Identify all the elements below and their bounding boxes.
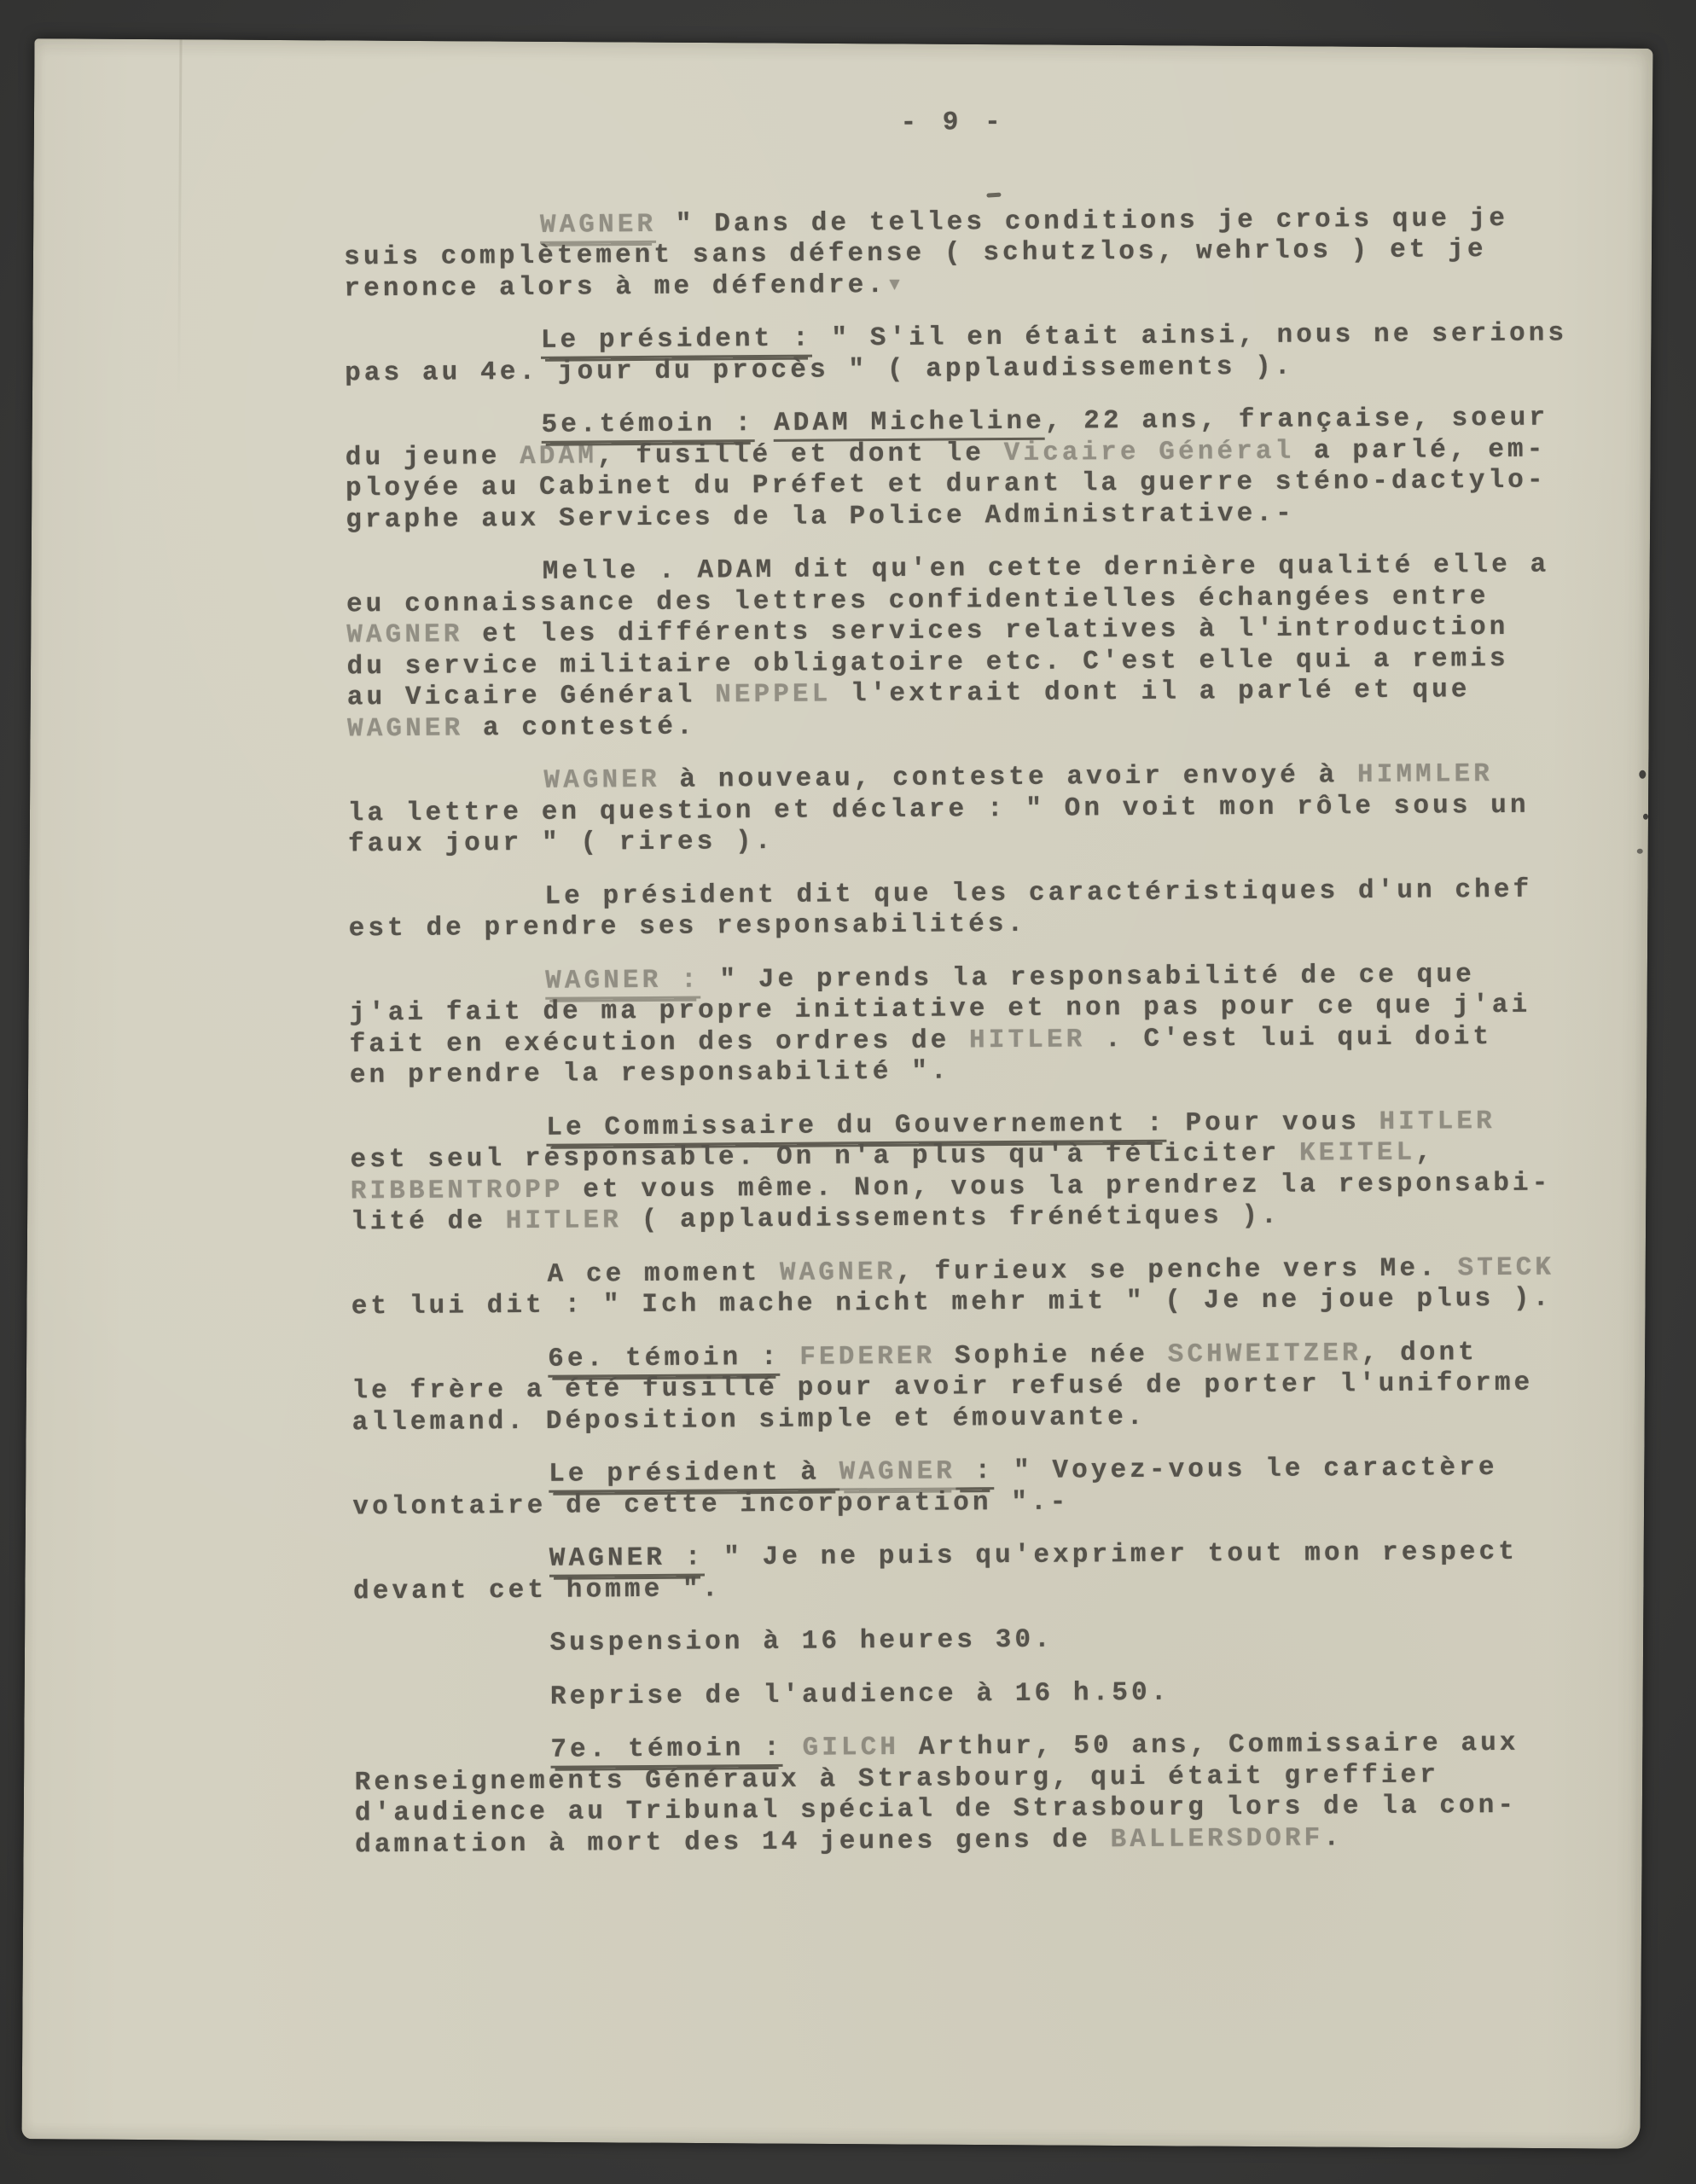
text-segment: , 22 ans, française, soeur [1045, 404, 1549, 437]
document-page: - 9 - WAGNER " Dans de telles conditions… [21, 38, 1652, 2149]
text-segment: pas au 4e. jour du procès " ( applaudiss… [345, 351, 1294, 388]
text-segment: A ce moment [547, 1258, 780, 1289]
text-segment: , furieux se penche vers Me. [896, 1253, 1458, 1287]
text-segment: . [1323, 1823, 1343, 1853]
text-segment: BALLERSDORF [1110, 1823, 1323, 1855]
text-segment: " Dans de telles conditions je crois que… [656, 203, 1508, 239]
speaker-name: 6e. témoin : [548, 1342, 781, 1377]
speaker-name: ADAM Micheline [774, 407, 1045, 442]
text-segment: " Je prends la responsabilité de ce que [700, 960, 1475, 995]
text-segment: ADAM [520, 441, 597, 472]
text-segment: est seul responsable. On n'a plus qu'à f… [350, 1139, 1299, 1176]
text-segment: devant cet homme ". [353, 1574, 722, 1606]
text-segment: " Je ne puis qu'exprimer tout mon respec… [704, 1537, 1518, 1573]
text-segment: en prendre la responsabilité ". [350, 1056, 950, 1090]
text-segment: NEPPEL [715, 679, 831, 710]
text-segment: Le président dit que les caractéristique… [544, 874, 1532, 911]
paragraph: Le président dit que les caractéristique… [348, 874, 1568, 945]
text-segment: Arthur, 50 ans, Commissaire aux [899, 1728, 1519, 1763]
text-segment: " Voyez-vous le caractère [994, 1453, 1498, 1486]
speaker-name: WAGNER : [545, 965, 700, 999]
text-segment: HITLER [969, 1025, 1085, 1055]
text-segment [781, 1342, 800, 1372]
ink-speck [1639, 770, 1646, 779]
text-segment: RIBBENTROPP [351, 1175, 564, 1206]
paragraph: Reprise de l'audience à 16 h.50. [354, 1675, 1574, 1714]
text-segment: Pour vous [1166, 1107, 1379, 1138]
text-segment: STECK [1457, 1252, 1554, 1283]
text-segment: à nouveau, conteste avoir envoyé à [660, 760, 1358, 795]
text-segment: du jeune [346, 442, 520, 473]
paragraph: A ce moment WAGNER, furieux se penche ve… [351, 1252, 1571, 1323]
text-segment: renonce alors à me défendre. [344, 270, 886, 303]
text-segment: Sophie née [935, 1339, 1168, 1371]
paragraph: WAGNER : " Je ne puis qu'exprimer tout m… [353, 1536, 1573, 1607]
paragraph: WAGNER " Dans de telles conditions je cr… [344, 203, 1565, 305]
text-segment: faux jour " ( rires ). [348, 827, 775, 859]
speaker-name: Le président à [549, 1457, 839, 1492]
ink-speck [1643, 814, 1648, 820]
paragraph: 6e. témoin : FEDERER Sophie née SCHWEITZ… [351, 1337, 1572, 1438]
text-segment: Reprise de l'audience à 16 h.50. [550, 1677, 1170, 1711]
text-segment: lité de [351, 1206, 506, 1237]
text-segment: Suspension à 16 heures 30. [549, 1625, 1054, 1658]
paragraph: Le Commissaire du Gouvernement : Pour vo… [350, 1106, 1571, 1239]
speaker-name: WAGNER [839, 1456, 955, 1490]
text-segment: WAGNER [346, 619, 462, 650]
text-segment: WAGNER [780, 1257, 896, 1287]
text-segment: HITLER [506, 1205, 622, 1236]
text-segment: , [1415, 1138, 1435, 1168]
ink-speck [1637, 849, 1643, 854]
paragraph: Melle . ADAM dit qu'en cette dernière qu… [346, 549, 1567, 745]
text-segment: HIMMLER [1357, 759, 1493, 790]
paragraph: WAGNER à nouveau, conteste avoir envoyé … [347, 758, 1568, 860]
speaker-name: WAGNER [540, 209, 656, 243]
text-line: Reprise de l'audience à 16 h.50. [354, 1675, 1574, 1714]
paragraph: WAGNER : " Je prends la responsabilité d… [349, 959, 1570, 1092]
text-segment: damnation à mort des 14 jeunes gens de [355, 1825, 1111, 1860]
text-segment: ▾ [886, 270, 906, 299]
paper-crease [177, 39, 183, 398]
page-number: - 9 - [343, 103, 1563, 142]
typewritten-text: - 9 - WAGNER " Dans de telles conditions… [343, 103, 1575, 1883]
text-segment: a contesté. [463, 712, 696, 743]
text-segment: graphe aux Services de la Police Adminis… [346, 498, 1295, 535]
speaker-name: 7e. témoin : [550, 1734, 783, 1769]
text-segment: . C'est lui qui doit [1085, 1022, 1492, 1054]
text-segment: FEDERER [799, 1341, 935, 1372]
speaker-name: 5e.témoin : [541, 409, 754, 444]
paragraph: Le président : " S'il en était ainsi, no… [345, 318, 1565, 389]
text-segment: , dont [1362, 1338, 1478, 1368]
speaker-name: WAGNER : [549, 1543, 705, 1577]
text-segment: HITLER [1379, 1107, 1495, 1137]
text-line: Suspension à 16 heures 30. [353, 1621, 1573, 1660]
text-segment: a parlé, em- [1294, 434, 1546, 466]
text-segment: GILCH [802, 1733, 899, 1763]
paragraph: 7e. témoin : GILCH Arthur, 50 ans, Commi… [354, 1728, 1575, 1861]
text-segment: Vicaire Général [1004, 436, 1295, 468]
text-segment [754, 409, 774, 439]
text-segment: , fusillé et dont le [597, 439, 1004, 471]
text-segment: SCHWEITZER [1168, 1339, 1362, 1370]
paragraph: 5e.témoin : ADAM Micheline, 22 ans, fran… [345, 403, 1565, 536]
paragraph: Suspension à 16 heures 30. [353, 1621, 1573, 1660]
paragraph: Le président à WAGNER : " Voyez-vous le … [352, 1452, 1572, 1523]
speaker-name: : [955, 1456, 995, 1490]
text-segment: KEITEL [1299, 1138, 1415, 1169]
text-segment: WAGNER [543, 765, 659, 796]
text-segment: WAGNER [347, 713, 463, 744]
text-segment: volontaire de cette incorporation ".- [352, 1487, 1069, 1522]
scan-background: { "page": { "number_label": "- 9 -", "pa… [0, 0, 1696, 2184]
text-segment: allemand. Déposition simple et émouvante… [352, 1402, 1147, 1437]
text-segment: au Vicaire Général [347, 680, 716, 712]
text-segment [783, 1734, 803, 1763]
text-segment: ( applaudissements frénétiques ). [622, 1201, 1281, 1235]
text-segment: fait en exécution des ordres de [350, 1025, 970, 1060]
speaker-name: Le président : [541, 324, 812, 359]
text-segment: " S'il en était ainsi, nous ne serions [812, 318, 1568, 353]
text-segment: l'extrait dont il a parlé et que [831, 675, 1470, 709]
text-segment: et vous même. Non, vous la prendrez la r… [563, 1168, 1551, 1205]
text-segment: est de prendre ses responsabilités. [349, 909, 1027, 944]
